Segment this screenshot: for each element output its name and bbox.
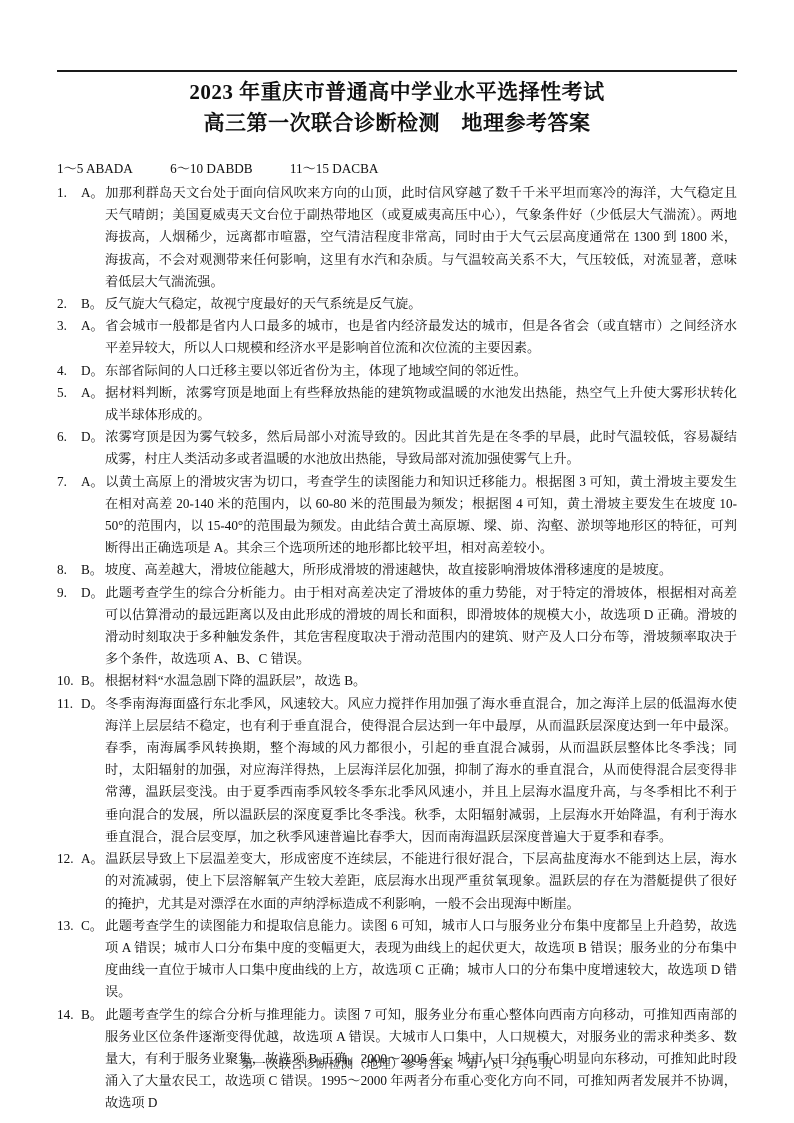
answer-item-3: 3.A。省会城市一般都是省内人口最多的城市，也是省内经济最发达的城市，但是各省会…: [57, 315, 737, 359]
item-number: 11.: [57, 693, 81, 715]
item-answer: D。: [81, 693, 105, 715]
page-title: 2023 年重庆市普通高中学业水平选择性考试: [0, 77, 794, 108]
answer-item-9: 9.D。此题考查学生的综合分析能力。由于相对高差决定了滑坡体的重力势能，对于特定…: [57, 582, 737, 671]
item-explanation: 加那利群岛天文台处于面向信风吹来方向的山顶，此时信风穿越了数千千米平坦而寒冷的海…: [105, 185, 737, 289]
item-number: 6.: [57, 426, 81, 448]
item-answer: D。: [81, 426, 105, 448]
item-number: 3.: [57, 315, 81, 337]
item-answer: C。: [81, 915, 105, 937]
item-explanation: 以黄土高原上的滑坡灾害为切口，考查学生的读图能力和知识迁移能力。根据图 3 可知…: [105, 474, 737, 556]
item-explanation: 据材料判断，浓雾穹顶是地面上有些释放热能的建筑物或温暖的水池发出热能，热空气上升…: [105, 385, 737, 422]
item-number: 8.: [57, 559, 81, 581]
item-number: 1.: [57, 182, 81, 204]
answer-item-13: 13.C。此题考查学生的读图能力和提取信息能力。读图 6 可知，城市人口与服务业…: [57, 915, 737, 1004]
item-answer: B。: [81, 670, 105, 692]
answer-item-10: 10.B。根据材料“水温急剧下降的温跃层”，故选 B。: [57, 670, 737, 692]
item-number: 12.: [57, 848, 81, 870]
item-answer: B。: [81, 1004, 105, 1026]
answer-item-12: 12.A。温跃层导致上下层温差变大，形成密度不连续层，不能进行很好混合，下层高盐…: [57, 848, 737, 915]
answer-key-group-1-5: 1～5 ABADA: [57, 160, 133, 178]
item-explanation: 此题考查学生的综合分析能力。由于相对高差决定了滑坡体的重力势能，对于特定的滑坡体…: [105, 585, 737, 667]
answer-item-11: 11.D。冬季南海海面盛行东北季风，风速较大。风应力搅拌作用加强了海水垂直混合，…: [57, 693, 737, 848]
item-answer: D。: [81, 360, 105, 382]
item-number: 4.: [57, 360, 81, 382]
explanation-list: 1.A。加那利群岛天文台处于面向信风吹来方向的山顶，此时信风穿越了数千千米平坦而…: [57, 182, 737, 1115]
item-explanation: 反气旋大气稳定，故视宁度最好的天气系统是反气旋。: [105, 296, 422, 311]
answer-key-row: 1～5 ABADA 6～10 DABDB 11～15 DACBA: [57, 160, 737, 178]
item-number: 10.: [57, 670, 81, 692]
answer-item-5: 5.A。据材料判断，浓雾穹顶是地面上有些释放热能的建筑物或温暖的水池发出热能，热…: [57, 382, 737, 426]
item-answer: A。: [81, 471, 105, 493]
item-number: 5.: [57, 382, 81, 404]
item-answer: B。: [81, 293, 105, 315]
header-rule: [57, 70, 737, 72]
item-answer: A。: [81, 182, 105, 204]
item-explanation: 温跃层导致上下层温差变大，形成密度不连续层，不能进行很好混合，下层高盐度海水不能…: [105, 851, 737, 910]
answer-key-group-6-10: 6～10 DABDB: [170, 160, 252, 178]
answer-key-group-11-15: 11～15 DACBA: [290, 160, 379, 178]
item-answer: A。: [81, 848, 105, 870]
item-explanation: 省会城市一般都是省内人口最多的城市，也是省内经济最发达的城市，但是各省会（或直辖…: [105, 318, 737, 355]
item-explanation: 坡度、高差越大，滑坡位能越大，所形成滑坡的滑速越快，故直接影响滑坡体滑移速度的是…: [105, 562, 672, 577]
item-explanation: 此题考查学生的读图能力和提取信息能力。读图 6 可知，城市人口与服务业分布集中度…: [105, 918, 737, 1000]
item-number: 13.: [57, 915, 81, 937]
item-answer: D。: [81, 582, 105, 604]
item-explanation: 冬季南海海面盛行东北季风，风速较大。风应力搅拌作用加强了海水垂直混合，加之海洋上…: [105, 696, 737, 844]
item-number: 2.: [57, 293, 81, 315]
page-heading: 2023 年重庆市普通高中学业水平选择性考试 高三第一次联合诊断检测 地理参考答…: [0, 77, 794, 139]
item-number: 7.: [57, 471, 81, 493]
item-number: 9.: [57, 582, 81, 604]
answer-item-4: 4.D。东部省际间的人口迁移主要以邻近省份为主，体现了地域空间的邻近性。: [57, 360, 737, 382]
item-explanation: 东部省际间的人口迁移主要以邻近省份为主，体现了地域空间的邻近性。: [105, 363, 527, 378]
item-number: 14.: [57, 1004, 81, 1026]
item-answer: A。: [81, 315, 105, 337]
item-explanation: 浓雾穹顶是因为雾气较多，然后局部小对流导致的。因此其首先是在冬季的早晨，此时气温…: [105, 429, 737, 466]
item-explanation: 根据材料“水温急剧下降的温跃层”，故选 B。: [105, 673, 366, 688]
answer-item-6: 6.D。浓雾穹顶是因为雾气较多，然后局部小对流导致的。因此其首先是在冬季的早晨，…: [57, 426, 737, 470]
item-answer: B。: [81, 559, 105, 581]
answer-item-7: 7.A。以黄土高原上的滑坡灾害为切口，考查学生的读图能力和知识迁移能力。根据图 …: [57, 471, 737, 560]
answer-item-8: 8.B。坡度、高差越大，滑坡位能越大，所形成滑坡的滑速越快，故直接影响滑坡体滑移…: [57, 559, 737, 581]
item-answer: A。: [81, 382, 105, 404]
answer-item-1: 1.A。加那利群岛天文台处于面向信风吹来方向的山顶，此时信风穿越了数千千米平坦而…: [57, 182, 737, 293]
page-subtitle: 高三第一次联合诊断检测 地理参考答案: [0, 108, 794, 139]
exam-answer-page: 2023 年重庆市普通高中学业水平选择性考试 高三第一次联合诊断检测 地理参考答…: [0, 0, 794, 1123]
page-footer: 第一次联合诊断检测（地理）参考答案 第 1 页 共 2 页: [0, 1054, 794, 1072]
answer-item-2: 2.B。反气旋大气稳定，故视宁度最好的天气系统是反气旋。: [57, 293, 737, 315]
